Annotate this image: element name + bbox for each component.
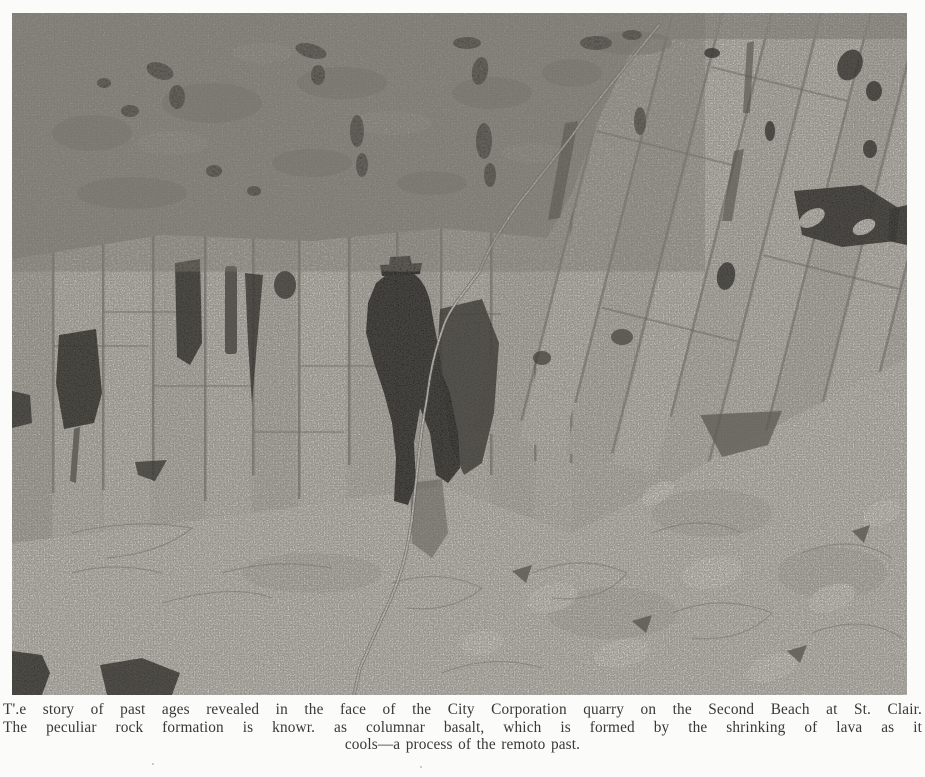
quarry-photo-illustration	[12, 13, 907, 695]
caption-line-3: cools—a process of the remoto past.	[3, 736, 922, 754]
quarry-photograph	[12, 13, 907, 695]
photo-caption: T'.e story of past ages revealed in the …	[3, 701, 922, 754]
ink-speck	[420, 766, 422, 768]
caption-line-1: T'.e story of past ages revealed in the …	[3, 701, 922, 719]
caption-line-2: The peculiar rock formation is knowr. as…	[3, 719, 922, 737]
newspaper-page: T'.e story of past ages revealed in the …	[0, 0, 925, 777]
ink-speck	[152, 763, 154, 765]
